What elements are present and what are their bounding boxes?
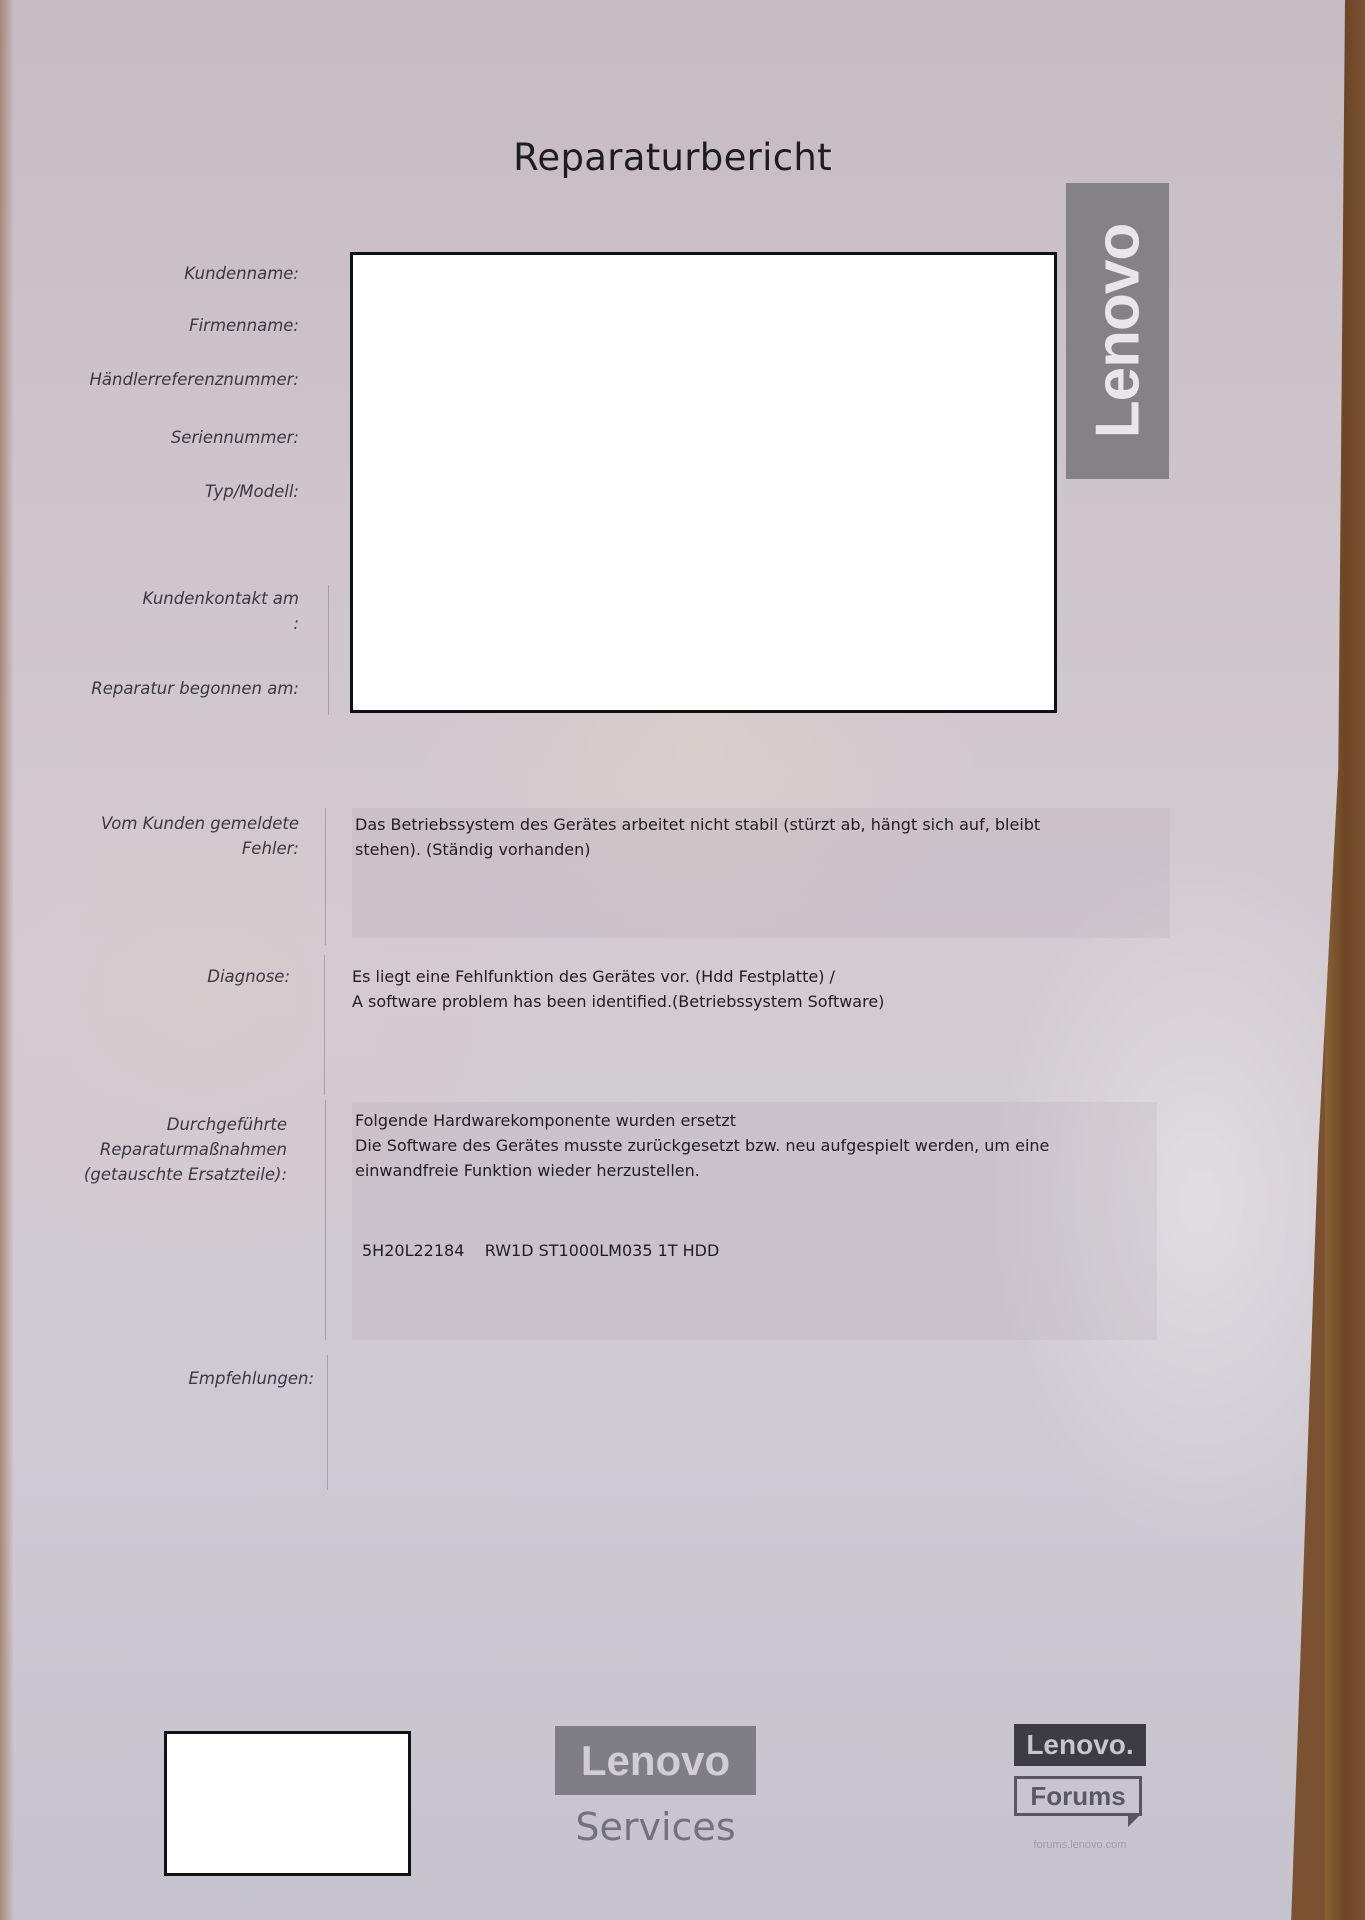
- label-haendlerreferenznummer: Händlerreferenznummer:: [90, 367, 299, 392]
- fehler-text: Das Betriebssystem des Gerätes arbeitet …: [355, 812, 1040, 862]
- lenovo-forums-logo-text: Lenovo.: [1026, 1729, 1133, 1761]
- forums-speech-bubble-icon: Forums: [1014, 1776, 1142, 1816]
- label-kundenkontakt-line1: Kundenkontakt am: [142, 586, 299, 611]
- lenovo-logo-vertical: Lenovo: [1066, 183, 1169, 479]
- forums-text: Forums: [1030, 1781, 1125, 1812]
- label-reparaturmassnahmen: Durchgeführte Reparaturmaßnahmen (getaus…: [84, 1112, 287, 1187]
- label-firmenname: Firmenname:: [189, 313, 299, 338]
- label-massnahmen-line1: Durchgeführte: [84, 1112, 287, 1137]
- label-kundenkontakt: Kundenkontakt am :: [142, 586, 299, 636]
- label-fehler-line2: Fehler:: [101, 836, 299, 861]
- label-massnahmen-line2: Reparaturmaßnahmen: [84, 1137, 287, 1162]
- label-diagnose: Diagnose:: [207, 964, 290, 989]
- massnahmen-text-line2: Die Software des Gerätes musste zurückge…: [355, 1133, 1049, 1158]
- lenovo-services-logo-text: Lenovo: [581, 1737, 730, 1785]
- label-reparatur-begonnen: Reparatur begonnen am:: [91, 676, 299, 701]
- redacted-footer-block: [164, 1731, 411, 1876]
- divider-line: [325, 1100, 326, 1340]
- lenovo-logo-text: Lenovo: [1082, 224, 1153, 438]
- label-seriennummer: Seriennummer:: [171, 425, 299, 450]
- divider-line: [324, 955, 325, 1095]
- lenovo-forums-logo: Lenovo.: [1014, 1724, 1146, 1766]
- forums-url: forums.lenovo.com: [1010, 1839, 1150, 1851]
- part-number: 5H20L22184: [362, 1241, 464, 1260]
- part-description: RW1D ST1000LM035 1T HDD: [485, 1241, 720, 1260]
- label-massnahmen-line3: (getauschte Ersatzteile):: [84, 1162, 287, 1187]
- label-typ-modell: Typ/Modell:: [205, 479, 299, 504]
- diagnose-text-line1: Es liegt eine Fehlfunktion des Gerätes v…: [352, 964, 884, 989]
- divider-line: [325, 808, 326, 945]
- label-kundenname: Kundenname:: [184, 261, 299, 286]
- replaced-part-row: 5H20L22184 RW1D ST1000LM035 1T HDD: [362, 1238, 719, 1263]
- speech-bubble-tail-icon: [1128, 1813, 1142, 1827]
- fehler-text-line1: Das Betriebssystem des Gerätes arbeitet …: [355, 812, 1040, 837]
- fehler-text-line2: stehen). (Ständig vorhanden): [355, 837, 1040, 862]
- lenovo-services-logo: Lenovo: [555, 1726, 756, 1795]
- repair-report-page: Reparaturbericht Kundenname: Firmenname:…: [0, 0, 1345, 1920]
- diagnose-text: Es liegt eine Fehlfunktion des Gerätes v…: [352, 964, 884, 1014]
- divider-line: [327, 1355, 328, 1490]
- massnahmen-text: Folgende Hardwarekomponente wurden erset…: [355, 1108, 1049, 1183]
- redacted-customer-info: [350, 252, 1057, 713]
- services-text: Services: [555, 1805, 756, 1849]
- label-fehler-line1: Vom Kunden gemeldete: [101, 811, 299, 836]
- diagnose-text-line2: A software problem has been identified.(…: [352, 989, 884, 1014]
- massnahmen-text-line3: einwandfreie Funktion wieder herzustelle…: [355, 1158, 1049, 1183]
- label-gemeldete-fehler: Vom Kunden gemeldete Fehler:: [101, 811, 299, 861]
- divider-line: [328, 585, 329, 715]
- label-kundenkontakt-line2: :: [142, 611, 299, 636]
- document-title: Reparaturbericht: [0, 136, 1345, 179]
- label-empfehlungen: Empfehlungen:: [188, 1366, 314, 1391]
- massnahmen-text-line1: Folgende Hardwarekomponente wurden erset…: [355, 1108, 1049, 1133]
